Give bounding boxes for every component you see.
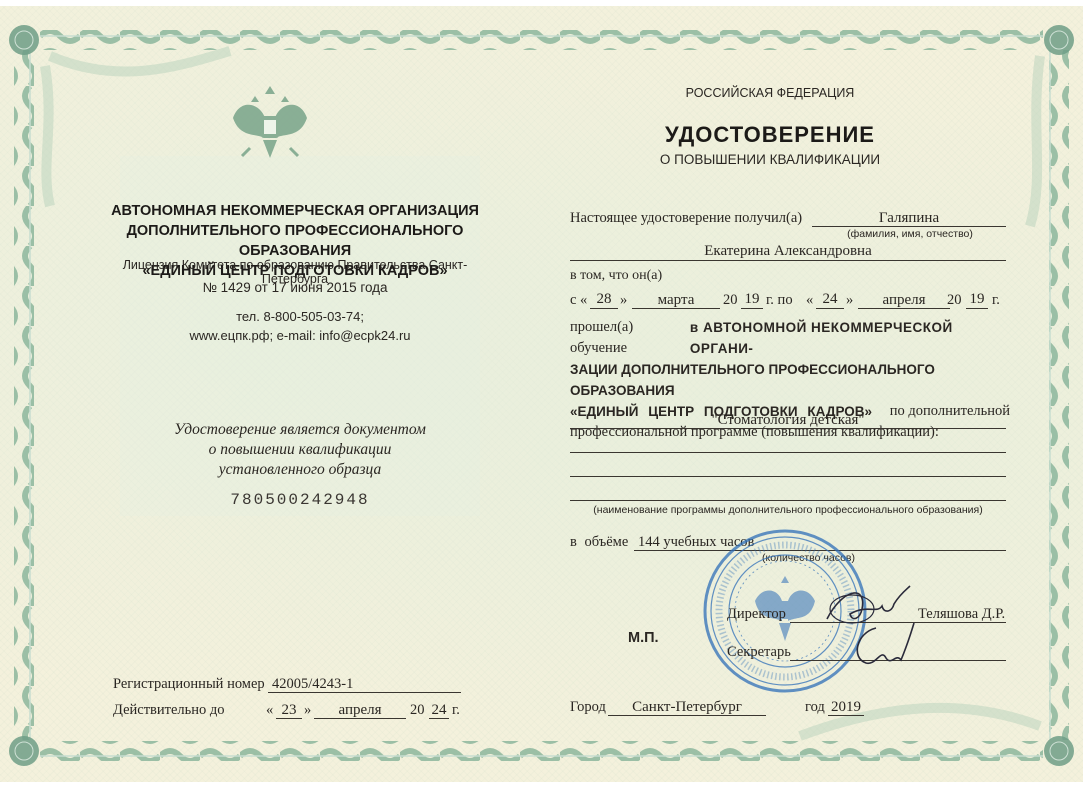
received-label: Настоящее удостоверение получил(а) bbox=[570, 210, 802, 227]
to-quote-open: « bbox=[806, 292, 813, 309]
web-email: www.ецпк.рф; e-mail: info@ecpk24.ru bbox=[95, 328, 505, 343]
program-line-2 bbox=[570, 452, 1006, 453]
name-hint: (фамилия, имя, отчество) bbox=[840, 228, 980, 240]
to-day-line bbox=[816, 308, 844, 309]
valid-label: Действительно до bbox=[113, 702, 225, 719]
valid-year: 24 bbox=[429, 702, 449, 719]
to-year-prefix: 20 bbox=[947, 292, 962, 309]
from-day: 28 bbox=[590, 291, 618, 308]
program-name: "Стоматология детская" bbox=[570, 412, 1006, 429]
reg-number: 42005/4243-1 bbox=[272, 676, 353, 693]
to-prefix: г. по bbox=[766, 292, 793, 309]
volume-label: в объёме bbox=[570, 534, 628, 551]
certificate-subtitle: О ПОВЫШЕНИИ КВАЛИФИКАЦИИ bbox=[620, 152, 920, 167]
from-day-line bbox=[590, 308, 618, 309]
city-label: Город bbox=[570, 699, 606, 716]
director-label: Директор bbox=[727, 606, 786, 623]
to-quote-close: » bbox=[846, 292, 853, 309]
seal-label: М.П. bbox=[628, 630, 659, 646]
statement-line-2: о повышении квалификации bbox=[140, 440, 460, 460]
org-name-line-1: АВТОНОМНАЯ НЕКОММЕРЧЕСКАЯ ОРГАНИЗАЦИЯ bbox=[95, 201, 495, 221]
program-line-3 bbox=[570, 476, 1006, 477]
certificate-title: УДОСТОВЕРЕНИЕ bbox=[620, 122, 920, 148]
to-year: 19 bbox=[966, 291, 988, 308]
program-line-4 bbox=[570, 500, 1006, 501]
to-day: 24 bbox=[816, 291, 844, 308]
valid-day: 23 bbox=[276, 702, 302, 719]
to-month: апреля bbox=[858, 292, 950, 309]
coat-of-arms-icon bbox=[225, 78, 315, 168]
to-year-line bbox=[966, 308, 988, 309]
serial-number: 780500242948 bbox=[140, 491, 460, 509]
training-org-line-1: в АВТОНОМНОЙ НЕКОММЕРЧЕСКОЙ ОРГАНИ- bbox=[690, 317, 1010, 359]
year-value: 2019 bbox=[828, 699, 864, 716]
from-quote-open: « bbox=[580, 292, 587, 309]
from-year-line bbox=[741, 308, 763, 309]
phone: тел. 8-800-505-03-74; bbox=[95, 309, 505, 324]
training-org-line-2: ЗАЦИИ ДОПОЛНИТЕЛЬНОГО ПРОФЕССИОНАЛЬНОГО … bbox=[570, 359, 1010, 401]
training-intro: прошел(а) обучение bbox=[570, 317, 690, 359]
from-year: 19 bbox=[741, 291, 763, 308]
reg-label: Регистрационный номер bbox=[113, 676, 265, 693]
secretary-label: Секретарь bbox=[727, 644, 791, 661]
valid-month: апреля bbox=[314, 702, 406, 719]
that-label: в том, что он(а) bbox=[570, 268, 662, 284]
director-name: Теляшова Д.Р. bbox=[918, 606, 1005, 623]
given-names-line bbox=[570, 260, 1006, 261]
program-hint: (наименование программы дополнительного … bbox=[570, 504, 1006, 516]
license-line-2: № 1429 от 17 июня 2015 года bbox=[95, 280, 495, 295]
from-quote-close: » bbox=[620, 292, 627, 309]
to-year-suffix: г. bbox=[992, 292, 1000, 309]
document-statement: Удостоверение является документом о повы… bbox=[140, 420, 460, 480]
statement-line-3: установленного образца bbox=[140, 460, 460, 480]
certificate-sheet: АВТОНОМНАЯ НЕКОММЕРЧЕСКАЯ ОРГАНИЗАЦИЯ ДО… bbox=[0, 6, 1083, 782]
from-year-prefix: 20 bbox=[723, 292, 738, 309]
quote-open: « bbox=[266, 702, 273, 719]
city-value: Санкт-Петербург bbox=[608, 699, 766, 716]
year-label: год bbox=[805, 699, 825, 716]
from-month: марта bbox=[632, 292, 720, 309]
given-names: Екатерина Александровна bbox=[570, 243, 1006, 260]
from-prefix: с bbox=[570, 292, 576, 309]
secretary-signature-icon bbox=[846, 618, 916, 670]
statement-line-1: Удостоверение является документом bbox=[140, 420, 460, 440]
org-name-line-2: ДОПОЛНИТЕЛЬНОГО ПРОФЕССИОНАЛЬНОГО ОБРАЗО… bbox=[95, 221, 495, 261]
quote-close: » bbox=[304, 702, 311, 719]
surname: Галяпина bbox=[812, 210, 1006, 227]
valid-year-prefix: 20 bbox=[410, 702, 425, 719]
valid-year-suffix: г. bbox=[452, 702, 460, 719]
country-label: РОССИЙСКАЯ ФЕДЕРАЦИЯ bbox=[640, 86, 900, 100]
